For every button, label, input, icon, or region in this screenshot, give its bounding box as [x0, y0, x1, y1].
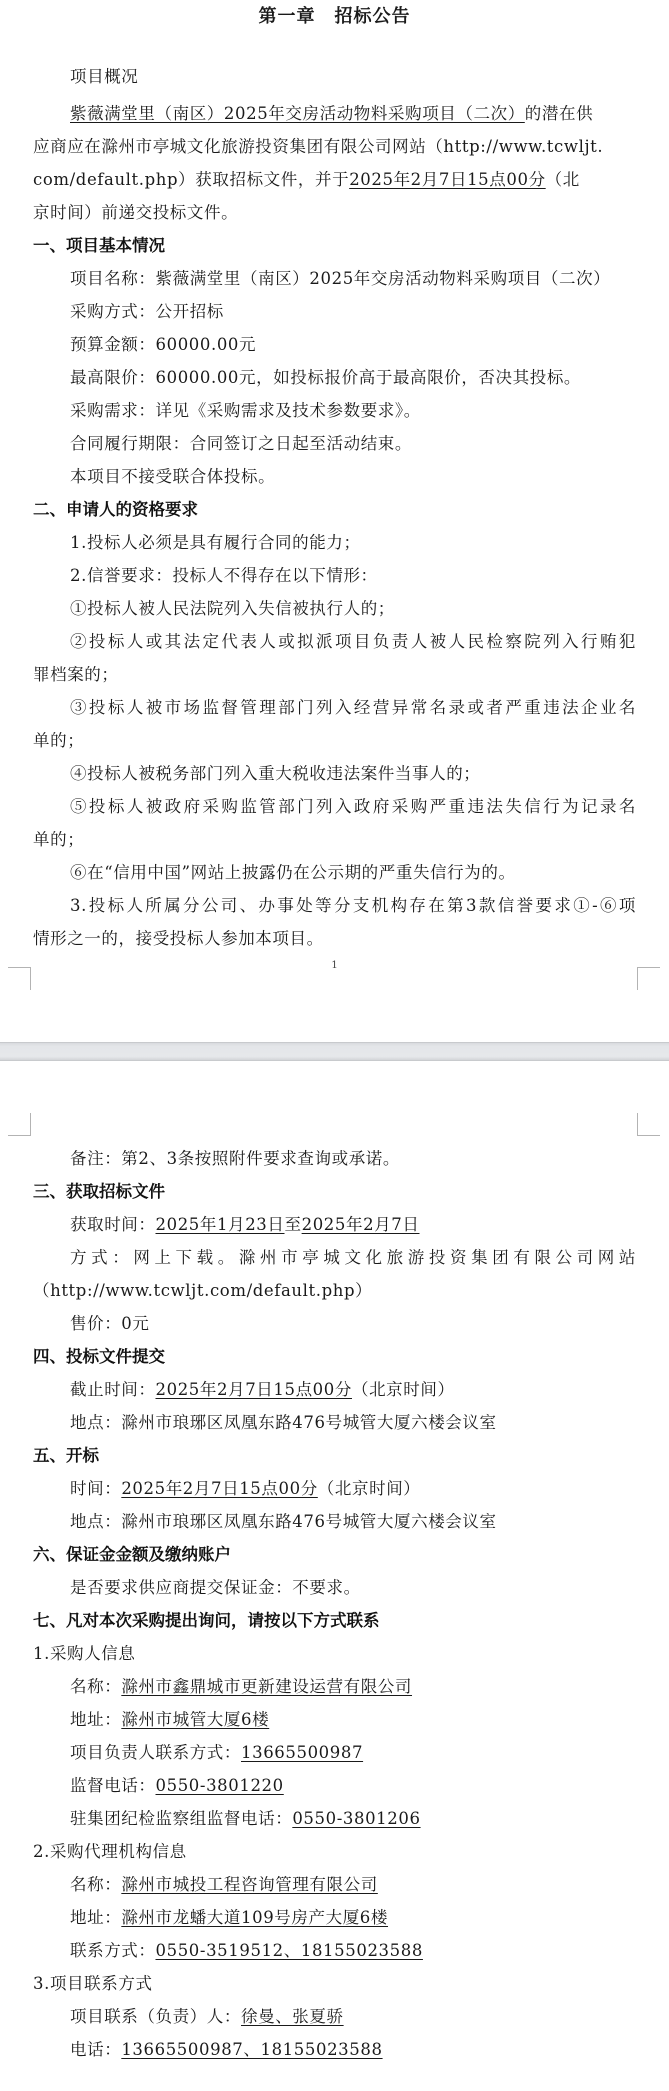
submission-deadline: 截止时间：2025年2月7日15点00分（北京时间） — [70, 1373, 636, 1406]
section-6-heading: 六、保证金金额及缴纳账户 — [33, 1538, 636, 1571]
deposit-requirement: 是否要求供应商提交保证金：不要求。 — [70, 1571, 636, 1604]
document-page-2: 备注：第2、3条按照附件要求查询或承诺。 三、获取招标文件 获取时间：2025年… — [0, 1061, 669, 2091]
agency-contact: 联系方式：0550-3519512、18155023588 — [70, 1934, 636, 1967]
requirement-3-line-2: 情形之一的，接受投标人参加本项目。 — [33, 922, 636, 955]
chapter-title: 第一章 招标公告 — [0, 0, 669, 34]
condition-3-line-2: 单的； — [33, 724, 636, 757]
agency-address: 地址：滁州市龙蟠大道109号房产大厦6楼 — [70, 1901, 636, 1934]
overview-paragraph-line-3: com/default.php）获取招标文件，并于2025年2月7日15点00分… — [33, 163, 636, 196]
condition-5-line-1: ⑤投标人被政府采购监管部门列入政府采购严重违法失信行为记录名 — [70, 790, 636, 823]
acquisition-start-date: 2025年1月23日 — [156, 1215, 285, 1234]
deadline-underlined: 2025年2月7日15点00分 — [349, 170, 545, 189]
section-1-heading: 一、项目基本情况 — [33, 229, 636, 262]
document-page-1: 第一章 招标公告 项目概况 紫薇满堂里（南区）2025年交房活动物料采购项目（二… — [0, 0, 669, 1042]
requirement-2: 2.信誉要求：投标人不得存在以下情形： — [70, 559, 636, 592]
procurement-method-item: 采购方式：公开招标 — [70, 295, 636, 328]
page-separator — [0, 1042, 669, 1061]
acquisition-end-date: 2025年2月7日 — [302, 1215, 420, 1234]
agency-info-heading: 2.采购代理机构信息 — [33, 1835, 636, 1868]
purchaser-discipline-phone: 驻集团纪检监察组监督电话：0550-3801206 — [70, 1802, 636, 1835]
condition-2-line-2: 罪档案的； — [33, 658, 636, 691]
contract-period-item: 合同履行期限：合同签订之日起至活动结束。 — [70, 427, 636, 460]
condition-5-line-2: 单的； — [33, 823, 636, 856]
budget-item: 预算金额：60000.00元 — [70, 328, 636, 361]
requirement-3-line-1: 3.投标人所属分公司、办事处等分支机构存在第3款信誉要求①-⑥项 — [70, 889, 636, 922]
page-number: 1 — [0, 960, 669, 971]
overview-paragraph-line-2: 应商应在滁州市亭城文化旅游投资集团有限公司网站（http://www.tcwlj… — [33, 130, 636, 163]
agency-name: 名称：滁州市城投工程咨询管理有限公司 — [70, 1868, 636, 1901]
purchaser-supervision-phone: 监督电话：0550-3801220 — [70, 1769, 636, 1802]
requirements-item: 采购需求：详见《采购需求及技术参数要求》。 — [70, 394, 636, 427]
document-price: 售价：0元 — [70, 1307, 636, 1340]
opening-time: 时间：2025年2月7日15点00分（北京时间） — [70, 1472, 636, 1505]
acquisition-method-line-1: 方式：网上下载。滁州市亭城文化旅游投资集团有限公司网站 — [70, 1241, 636, 1274]
purchaser-manager-contact: 项目负责人联系方式：13665500987 — [70, 1736, 636, 1769]
opening-location: 地点：滁州市琅琊区凤凰东路476号城管大厦六楼会议室 — [70, 1505, 636, 1538]
condition-4: ④投标人被税务部门列入重大税收违法案件当事人的； — [70, 757, 636, 790]
submission-deadline-date: 2025年2月7日15点00分 — [156, 1380, 352, 1399]
overview-paragraph-line-1: 紫薇满堂里（南区）2025年交房活动物料采购项目（二次）的潜在供 — [70, 97, 636, 130]
page-corner-mark-bottom-right — [637, 967, 660, 990]
max-price-item: 最高限价：60000.00元，如投标报价高于最高限价，否决其投标。 — [70, 361, 636, 394]
section-4-heading: 四、投标文件提交 — [33, 1340, 636, 1373]
section-7-heading: 七、凡对本次采购提出询问，请按以下方式联系 — [33, 1604, 636, 1637]
page-corner-mark-top-left — [8, 1113, 31, 1136]
page-corner-mark-top-right — [637, 1113, 660, 1136]
overview-label: 项目概况 — [70, 60, 636, 93]
project-contact-phone: 电话：13665500987、18155023588 — [70, 2033, 636, 2066]
page-corner-mark-bottom-left — [8, 967, 31, 990]
condition-1: ①投标人被人民法院列入失信被执行人的； — [70, 592, 636, 625]
project-contact-person: 项目联系（负责）人：徐曼、张夏骄 — [70, 2000, 636, 2033]
opening-time-date: 2025年2月7日15点00分 — [121, 1479, 317, 1498]
acquisition-method-line-2: （http://www.tcwljt.com/default.php） — [33, 1274, 636, 1307]
section-2-heading: 二、申请人的资格要求 — [33, 493, 636, 526]
condition-6: ⑥在“信用中国”网站上披露仍在公示期的严重失信行为的。 — [70, 856, 636, 889]
acquisition-time: 获取时间：2025年1月23日至2025年2月7日 — [70, 1208, 636, 1241]
section-3-heading: 三、获取招标文件 — [33, 1175, 636, 1208]
condition-2-line-1: ②投标人或其法定代表人或拟派项目负责人被人民检察院列入行贿犯 — [70, 625, 636, 658]
submission-location: 地点：滁州市琅琊区凤凰东路476号城管大厦六楼会议室 — [70, 1406, 636, 1439]
requirement-1: 1.投标人必须是具有履行合同的能力； — [70, 526, 636, 559]
purchaser-info-heading: 1.采购人信息 — [33, 1637, 636, 1670]
no-consortium-item: 本项目不接受联合体投标。 — [70, 460, 636, 493]
purchaser-name: 名称：滁州市鑫鼎城市更新建设运营有限公司 — [70, 1670, 636, 1703]
project-contact-heading: 3.项目联系方式 — [33, 1967, 636, 2000]
project-name-item: 项目名称：紫薇满堂里（南区）2025年交房活动物料采购项目（二次） — [70, 262, 636, 295]
section-5-heading: 五、开标 — [33, 1439, 636, 1472]
qualification-note: 备注：第2、3条按照附件要求查询或承诺。 — [70, 1142, 636, 1175]
project-name-underlined: 紫薇满堂里（南区）2025年交房活动物料采购项目（二次） — [70, 104, 525, 123]
purchaser-address: 地址：滁州市城管大厦6楼 — [70, 1703, 636, 1736]
condition-3-line-1: ③投标人被市场监督管理部门列入经营异常名录或者严重违法企业名 — [70, 691, 636, 724]
overview-paragraph-line-4: 京时间）前递交投标文件。 — [33, 196, 636, 229]
